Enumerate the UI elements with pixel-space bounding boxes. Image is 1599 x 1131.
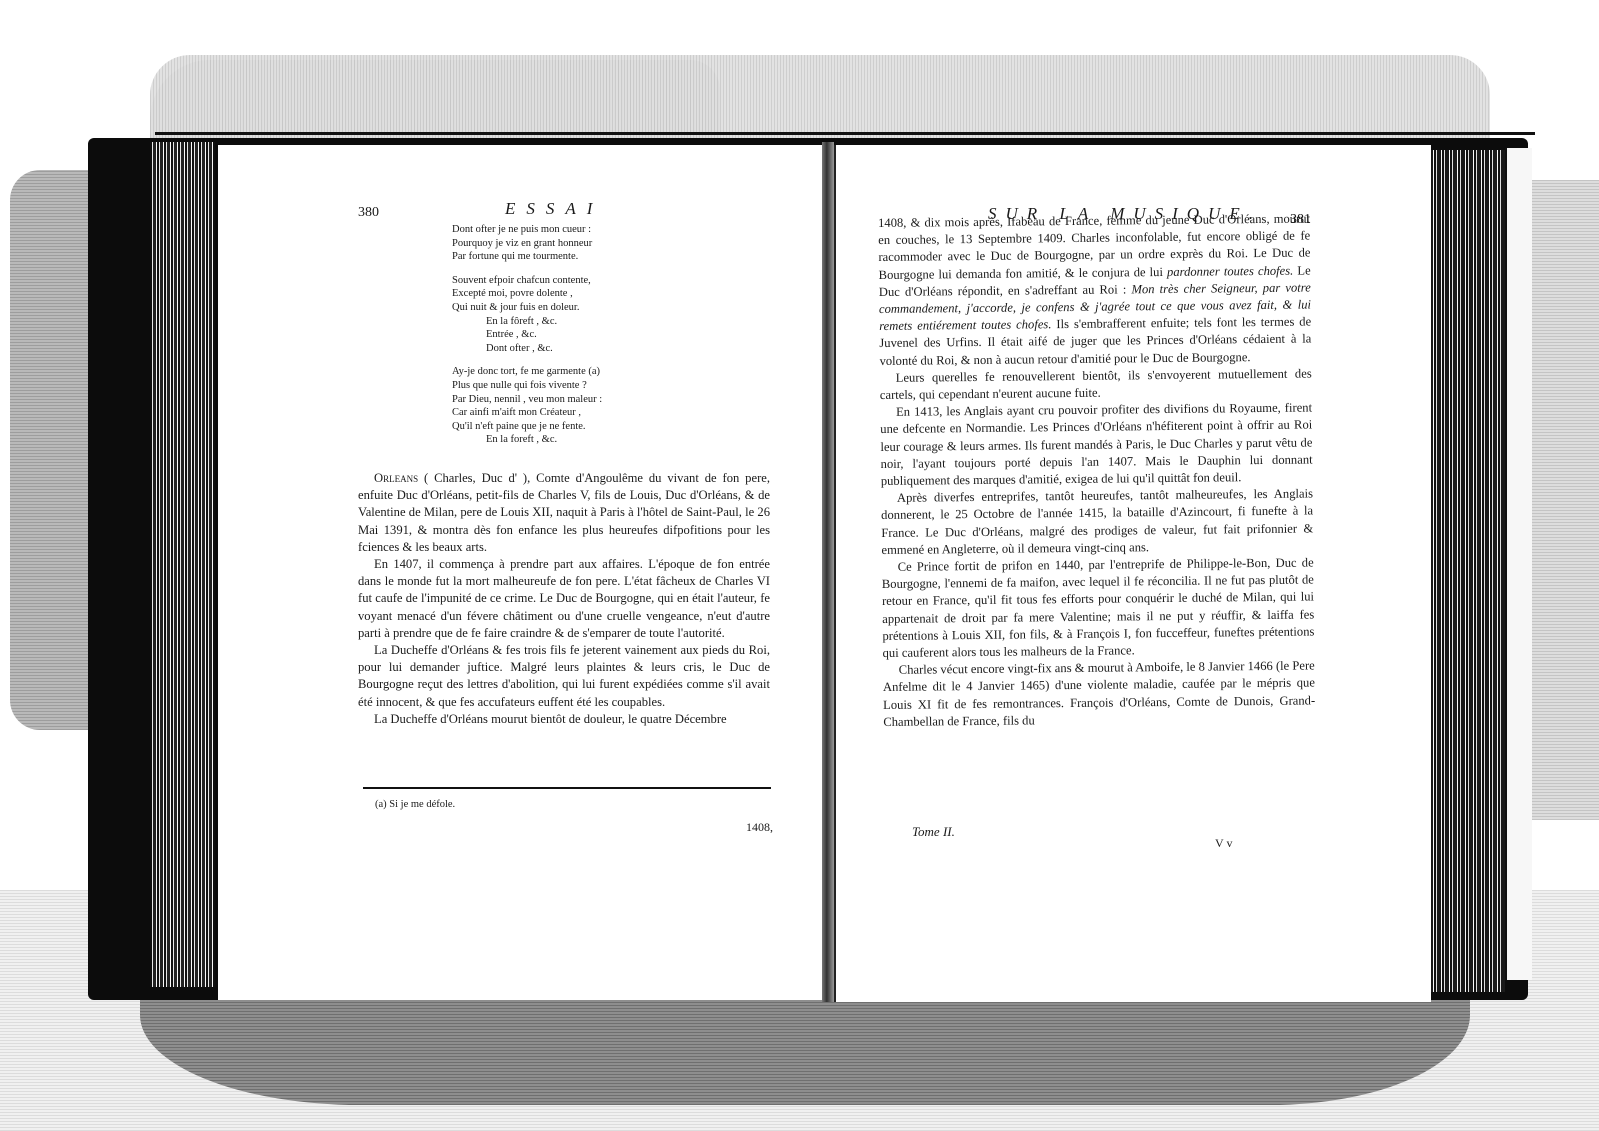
verse-line: Qu'il n'eft paine que je ne fente.	[452, 420, 752, 434]
verse-line: Souvent efpoir chafcun contente,	[452, 274, 752, 288]
verse-line: Ay-je donc tort, fe me garmente (a)	[452, 365, 752, 379]
paragraph-text: ( Charles, Duc d' ), Comte d'Angoulême d…	[358, 471, 770, 554]
verse-line: Par Dieu, nennil , veu mon maleur :	[452, 393, 752, 407]
paragraph-text: En 1407, il commença à prendre part aux …	[358, 557, 770, 640]
catchword: 1408,	[746, 820, 773, 835]
verse-line: Qui nuit & jour fuis en doleur.	[452, 301, 752, 315]
page-number-left: 380	[358, 205, 379, 221]
paragraph: Après diverfes entreprifes, tantôt heure…	[881, 486, 1314, 559]
verse-stanza: Ay-je donc tort, fe me garmente (a)Plus …	[452, 365, 752, 447]
right-page-body: 1408, & dix mois après, Ifabeau de Franc…	[878, 210, 1315, 731]
page-edges-right	[1425, 150, 1505, 992]
paragraph: Ce Prince fortit de prifon en 1440, par …	[882, 555, 1315, 663]
running-head-left: ESSAI	[505, 199, 603, 219]
volume-mark: Tome II.	[912, 824, 955, 840]
verse-stanza: Souvent efpoir chafcun contente,Excepté …	[452, 274, 752, 356]
verse-line: En la fôreft , &c.	[452, 315, 752, 329]
footnote-rule	[363, 787, 771, 789]
paragraph: La Ducheffe d'Orléans & fes trois fils f…	[358, 642, 770, 711]
verse-line: Entrée , &c.	[452, 328, 752, 342]
verse-line: Dont ofter , &c.	[452, 342, 752, 356]
paragraph-text: En 1413, les Anglais ayant cru pouvoir p…	[880, 401, 1312, 488]
paragraph: Leurs querelles fe renouvellerent bientô…	[880, 365, 1312, 404]
paragraph-text: Après diverfes entreprifes, tantôt heure…	[881, 487, 1313, 557]
verse-line: Plus que nulle qui fois vivente ?	[452, 379, 752, 393]
book-gutter	[822, 142, 834, 1002]
book-top-edge	[155, 132, 1535, 143]
paragraph-text: La Ducheffe d'Orléans mourut bientôt de …	[374, 712, 727, 726]
italic-quote: pardonner toutes chofes.	[1167, 263, 1293, 278]
paragraph-text: La Ducheffe d'Orléans & fes trois fils f…	[358, 643, 770, 709]
paragraph-text: Charles vécut encore vingt-fix ans & mou…	[883, 659, 1315, 729]
signature-mark: V v	[1215, 836, 1232, 851]
paragraph: En 1413, les Anglais ayant cru pouvoir p…	[880, 400, 1313, 491]
verse-line: En la foreft , &c.	[452, 433, 752, 447]
verse-line: Pourquoy je viz en grant honneur	[452, 237, 752, 251]
paragraph-text: Ce Prince fortit de prifon en 1440, par …	[882, 556, 1315, 661]
verse-line: Excepté moi, povre dolente ,	[452, 287, 752, 301]
verse-line: Car ainfi m'aift mon Créateur ,	[452, 406, 752, 420]
paragraph: 1408, & dix mois après, Ifabeau de Franc…	[878, 210, 1312, 369]
entry-heading: Orleans	[374, 471, 418, 485]
paragraph: Charles vécut encore vingt-fix ans & mou…	[883, 658, 1316, 731]
background-shadow-right	[1530, 180, 1599, 820]
footnote: (a) Si je me défole.	[375, 799, 455, 810]
paragraph: Orleans ( Charles, Duc d' ), Comte d'Ang…	[358, 470, 770, 556]
book-shadow	[140, 995, 1470, 1105]
paragraph-text: Leurs querelles fe renouvellerent bientô…	[880, 366, 1312, 402]
verse-line: Par fortune qui me tourmente.	[452, 250, 752, 264]
paragraph: En 1407, il commença à prendre part aux …	[358, 556, 770, 642]
left-page-body: Orleans ( Charles, Duc d' ), Comte d'Ang…	[358, 470, 770, 728]
book-cover-right-edge	[1505, 148, 1532, 980]
verse-stanza: Dont ofter je ne puis mon cueur :Pourquo…	[452, 223, 752, 264]
paragraph: La Ducheffe d'Orléans mourut bientôt de …	[358, 711, 770, 728]
page-edges-left	[150, 142, 215, 987]
verse-line: Dont ofter je ne puis mon cueur :	[452, 223, 752, 237]
poem-verse: Dont ofter je ne puis mon cueur :Pourquo…	[452, 223, 752, 457]
